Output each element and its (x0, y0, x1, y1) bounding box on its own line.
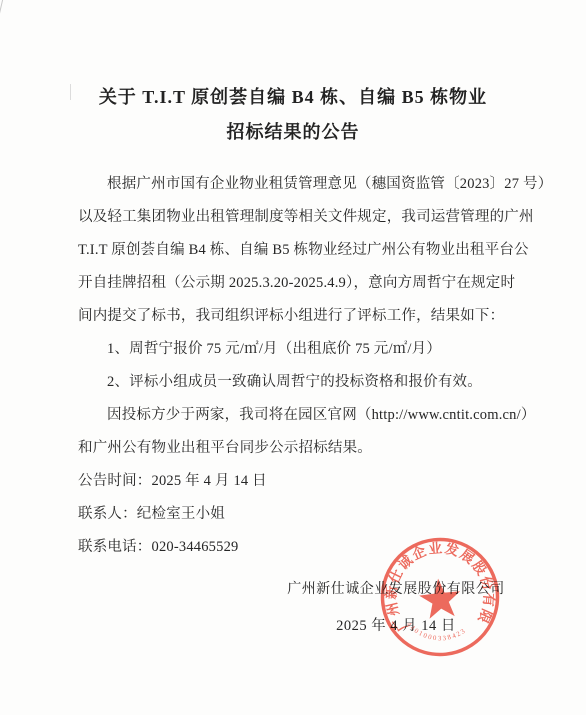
signature-block: 广州新仕诚企业发展股份有限公司 2025 年 4 月 14 日 (278, 579, 514, 635)
body-line-bid-result-2: 2、评标小组成员一致确认周哲宁的投标资格和报价有效。 (78, 366, 512, 399)
document-title: 关于 T.I.T 原创荟自编 B4 栋、自编 B5 栋物业 招标结果的公告 (0, 80, 586, 150)
body-line: 以及轻工集团物业出租管理制度等相关文件规定，我司运营管理的广州 (78, 201, 512, 234)
body-line: 因投标方少于两家，我司将在园区官网（http://www.cntit.com.c… (78, 399, 512, 432)
body-line: 间内提交了标书，我司组织评标小组进行了评标工作，结果如下： (78, 300, 512, 333)
body-line-bid-result-1: 1、周哲宁报价 75 元/㎡/月（出租底价 75 元/㎡/月） (78, 333, 512, 366)
body-line-announce-date: 公告时间：2025 年 4 月 14 日 (78, 465, 512, 498)
body-line-contact-person: 联系人：纪检室王小姐 (78, 498, 512, 531)
body-line: 开自挂牌招租（公示期 2025.3.20-2025.4.9），意向方周哲宁在规定… (78, 267, 512, 300)
signature-date: 2025 年 4 月 14 日 (278, 614, 514, 635)
document-body: 根据广州市国有企业物业租赁管理意见（穗国资监管〔2023〕27 号） 以及轻工集… (78, 168, 512, 564)
body-line-contact-phone: 联系电话：020-34465529 (78, 531, 512, 564)
document-title-line1: 关于 T.I.T 原创荟自编 B4 栋、自编 B5 栋物业 (0, 80, 586, 115)
signature-company-name: 广州新仕诚企业发展股份有限公司 (278, 579, 514, 601)
body-line: T.I.T 原创荟自编 B4 栋、自编 B5 栋物业经过广州公有物业出租平台公 (78, 234, 512, 267)
document-title-line2: 招标结果的公告 (0, 115, 586, 150)
announcement-page: 关于 T.I.T 原创荟自编 B4 栋、自编 B5 栋物业 招标结果的公告 根据… (0, 0, 586, 715)
scan-artifact-line (0, 0, 4, 41)
body-line: 和广州公有物业出租平台同步公示招标结果。 (78, 432, 512, 465)
body-line: 根据广州市国有企业物业租赁管理意见（穗国资监管〔2023〕27 号） (78, 168, 512, 201)
